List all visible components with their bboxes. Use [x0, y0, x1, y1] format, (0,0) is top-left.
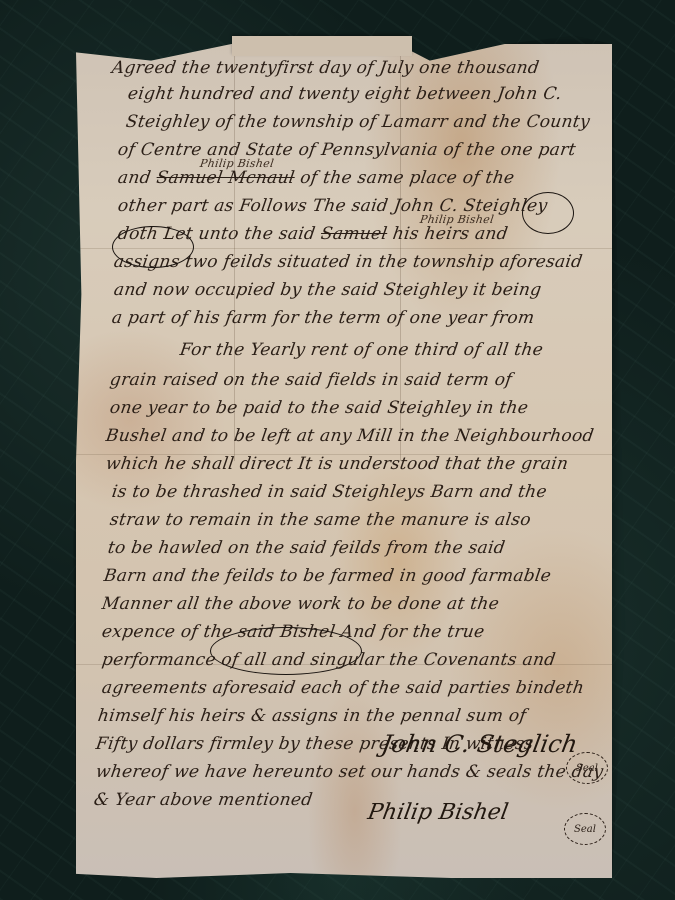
text-line: Barn and the feilds to be farmed in good…: [103, 566, 553, 586]
text-line: and now occupied by the said Steighley i…: [113, 280, 543, 300]
text-line: Agreed the twentyfirst day of July one t…: [111, 58, 541, 78]
text-line: eight hundred and twenty eight between J…: [127, 84, 563, 104]
annotation-circle-assigns: [112, 226, 194, 268]
seal-mark: Seal: [566, 752, 608, 784]
struck-name: Samuel: [320, 224, 389, 244]
text-line: and Samuel Mcnaul of the same place of t…: [117, 168, 516, 188]
word: of the same place of the: [293, 168, 516, 188]
annotation-circle-heirs: [522, 192, 574, 234]
text-line: Manner all the above work to be done at …: [101, 594, 501, 614]
text-line: whereof we have hereunto set our hands &…: [95, 762, 605, 782]
text-line: & Year above mentioned: [93, 790, 314, 810]
inserted-name: Philip Bishel: [419, 213, 495, 226]
text-line: agreements aforesaid each of the said pa…: [101, 678, 586, 698]
text-line: to be hawled on the said feilds from the…: [107, 538, 507, 558]
text-line: a part of his farm for the term of one y…: [111, 308, 536, 328]
text-line: grain raised on the said fields in said …: [109, 370, 514, 390]
signature-john: John C. Steglich: [380, 730, 580, 758]
struck-name: Samuel Mcnaul: [155, 168, 296, 188]
text-line: For the Yearly rent of one third of all …: [179, 340, 545, 360]
text-line: which he shall direct It is understood t…: [105, 454, 570, 474]
seal-mark: Seal: [564, 813, 606, 845]
text-line: himself his heirs & assigns in the penna…: [97, 706, 528, 726]
inserted-name: Philip Bishel: [199, 157, 275, 170]
text-line: is to be thrashed in said Steighleys Bar…: [111, 482, 549, 502]
text-line: Steighley of the township of Lamarr and …: [125, 112, 592, 132]
text-line: Bushel and to be left at any Mill in the…: [105, 426, 596, 446]
annotation-circle-heirs-assigns: [210, 627, 362, 675]
word: his heirs and: [386, 224, 510, 244]
text-line: of Centre and State of Pennsylvania of t…: [117, 140, 578, 160]
text-line: straw to remain in the same the manure i…: [109, 510, 533, 530]
signature-philip: Philip Bishel: [366, 800, 510, 825]
paper-patch: [232, 36, 412, 56]
word: and: [117, 168, 158, 188]
text-line: one year to be paid to the said Steighle…: [109, 398, 530, 418]
